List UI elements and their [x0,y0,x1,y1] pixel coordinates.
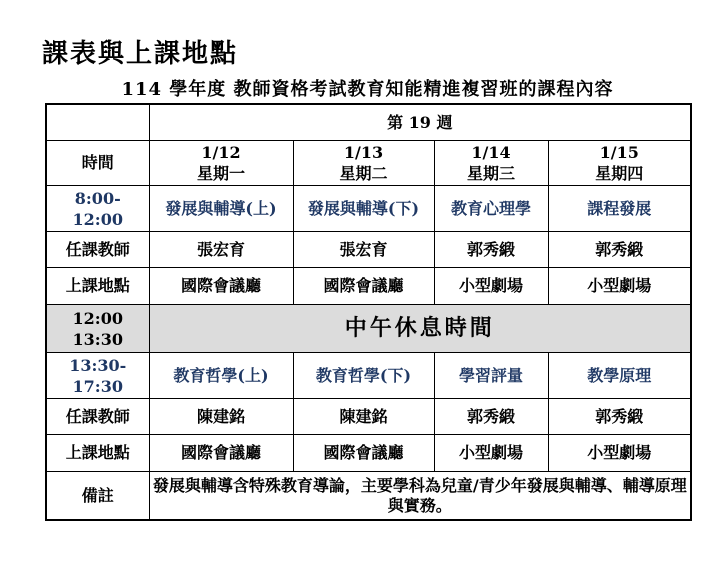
course-cell: 教學原理 [548,353,691,399]
day-date: 1/15 [549,142,691,163]
teacher-row-label: 任課教師 [46,232,149,268]
teacher-cell: 郭秀緞 [434,399,548,435]
day-weekday: 星期一 [150,163,293,184]
day-header-tue: 1/13 星期二 [293,141,434,186]
time-column-header: 時間 [46,141,149,186]
teacher-cell: 陳建銘 [293,399,434,435]
time-line: 12:00 [47,308,149,329]
day-date: 1/14 [435,142,548,163]
teacher-row-label: 任課教師 [46,399,149,435]
course-cell: 學習評量 [434,353,548,399]
teacher-cell: 郭秀緞 [548,232,691,268]
lunch-break-row: 12:00 13:30 中午休息時間 [46,305,691,353]
schedule-table: 第 19 週 時間 1/12 星期一 1/13 星期二 1/14 星期三 1/1… [45,103,692,521]
corner-empty-cell [46,104,149,141]
afternoon-time-cell: 13:30- 17:30 [46,353,149,399]
morning-teacher-row: 任課教師 張宏育 張宏育 郭秀緞 郭秀緞 [46,232,691,268]
lunch-break-label: 中午休息時間 [149,305,691,353]
course-cell: 課程發展 [548,186,691,232]
location-cell: 國際會議廳 [149,435,293,472]
notes-row: 備註 發展與輔導含特殊教育導論，主要學科為兒童/青少年發展與輔導、輔導原理與實務… [46,472,691,521]
course-cell: 發展與輔導(下) [293,186,434,232]
day-date: 1/13 [294,142,434,163]
location-cell: 國際會議廳 [293,435,434,472]
notes-label: 備註 [46,472,149,521]
location-cell: 小型劇場 [548,268,691,305]
morning-course-row: 8:00- 12:00 發展與輔導(上) 發展與輔導(下) 教育心理學 課程發展 [46,186,691,232]
week-label: 第 19 週 [149,104,691,141]
location-cell: 小型劇場 [548,435,691,472]
location-cell: 小型劇場 [434,268,548,305]
morning-time-cell: 8:00- 12:00 [46,186,149,232]
day-date: 1/12 [150,142,293,163]
day-header-thu: 1/15 星期四 [548,141,691,186]
notes-text: 發展與輔導含特殊教育導論，主要學科為兒童/青少年發展與輔導、輔導原理與實務。 [149,472,691,521]
location-row-label: 上課地點 [46,435,149,472]
page-title: 課表與上課地點 [42,33,238,70]
teacher-cell: 陳建銘 [149,399,293,435]
time-line: 13:30- [47,355,149,376]
course-cell: 教育心理學 [434,186,548,232]
time-line: 12:00 [47,209,149,230]
location-cell: 小型劇場 [434,435,548,472]
course-cell: 教育哲學(上) [149,353,293,399]
afternoon-course-row: 13:30- 17:30 教育哲學(上) 教育哲學(下) 學習評量 教學原理 [46,353,691,399]
teacher-cell: 張宏育 [293,232,434,268]
course-cell: 發展與輔導(上) [149,186,293,232]
day-header-mon: 1/12 星期一 [149,141,293,186]
time-line: 17:30 [47,376,149,397]
teacher-cell: 郭秀緞 [434,232,548,268]
table-caption: 114 學年度 教師資格考試教育知能精進複習班的課程內容 [45,75,690,101]
time-line: 13:30 [47,329,149,350]
day-weekday: 星期二 [294,163,434,184]
course-cell: 教育哲學(下) [293,353,434,399]
time-line: 8:00- [47,188,149,209]
day-header-wed: 1/14 星期三 [434,141,548,186]
document-page: 課表與上課地點 114 學年度 教師資格考試教育知能精進複習班的課程內容 第 1… [0,0,724,563]
afternoon-location-row: 上課地點 國際會議廳 國際會議廳 小型劇場 小型劇場 [46,435,691,472]
day-weekday: 星期四 [549,163,691,184]
afternoon-teacher-row: 任課教師 陳建銘 陳建銘 郭秀緞 郭秀緞 [46,399,691,435]
week-header-row: 第 19 週 [46,104,691,141]
day-weekday: 星期三 [435,163,548,184]
location-row-label: 上課地點 [46,268,149,305]
location-cell: 國際會議廳 [149,268,293,305]
lunch-time-cell: 12:00 13:30 [46,305,149,353]
teacher-cell: 郭秀緞 [548,399,691,435]
location-cell: 國際會議廳 [293,268,434,305]
teacher-cell: 張宏育 [149,232,293,268]
day-header-row: 時間 1/12 星期一 1/13 星期二 1/14 星期三 1/15 星期四 [46,141,691,186]
morning-location-row: 上課地點 國際會議廳 國際會議廳 小型劇場 小型劇場 [46,268,691,305]
